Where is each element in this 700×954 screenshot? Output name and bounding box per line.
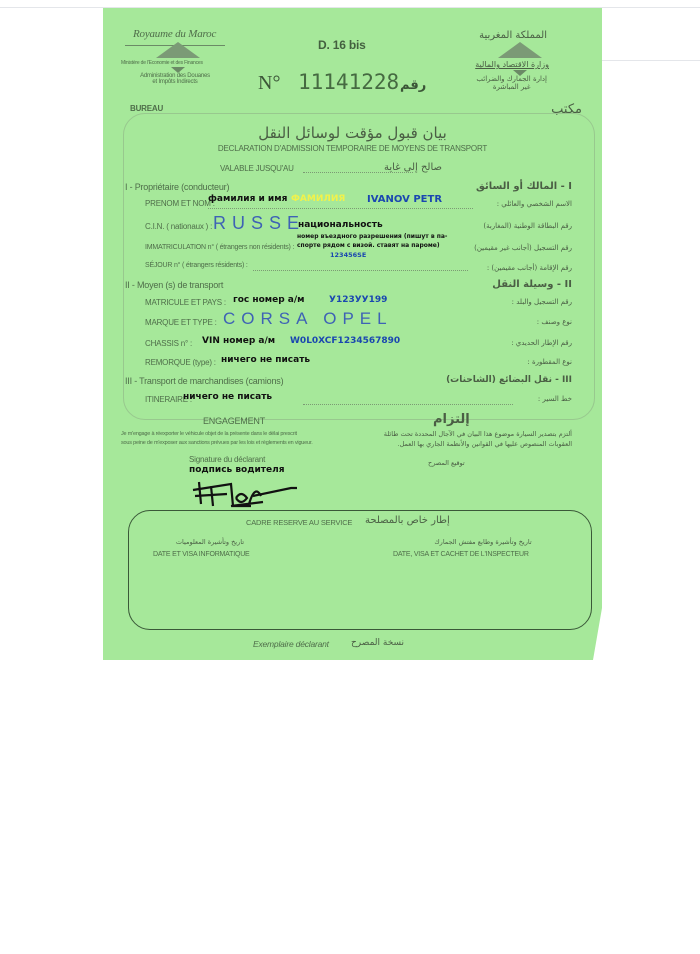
label-immatriculation: IMMATRICULATION n° ( étrangers non résid… (145, 244, 294, 251)
section3-heading-ar: III - نقل البضائع (الشاحنات) (446, 375, 572, 385)
engagement-text-ar: ألتزم بتصدير السيارة موضوع هذا البيان في… (384, 429, 572, 449)
scan-edge-top (0, 7, 700, 8)
inspector-fr: DATE, VISA ET CACHET DE L'INSPECTEUR (393, 551, 529, 558)
label-cin: C.I.N. ( nationaux ) : (145, 222, 212, 231)
label-marque-ar: نوع وصنف : (537, 318, 572, 326)
informatique-fr: DATE ET VISA INFORMATIQUE (153, 551, 250, 558)
driver-signature-icon (191, 476, 301, 512)
note-matricule: гос номер а/м (233, 295, 305, 305)
value-nationality[interactable]: RUSSE (213, 213, 305, 234)
engagement-text-ar-line1: ألتزم بتصدير السيارة موضوع هذا البيان في… (384, 429, 572, 439)
ministry-logo-icon-ar (498, 42, 542, 58)
admin-fr-line2: et Impôts Indirects (130, 79, 220, 85)
service-frame (128, 510, 592, 630)
engagement-text-fr-line1: Je m'engage à réexporter le véhicule obj… (121, 430, 313, 439)
engagement-text-fr: Je m'engage à réexporter le véhicule obj… (121, 430, 313, 448)
signature-label-ar: توقيع المصرح (428, 459, 465, 467)
title-ar: بيان قبول مؤقت لوسائل النقل (103, 124, 602, 142)
valid-until-label: VALABLE JUSQU'AU (220, 164, 294, 173)
valid-until-label-ar: صالح إلى غاية (384, 162, 442, 173)
section1-heading: I - Propriétaire (conducteur) (125, 182, 229, 192)
label-itineraire-ar: خط السير : (538, 395, 572, 403)
label-cin-ar: رقم البطاقة الوطنية (المغاربة) (483, 222, 572, 230)
admin-fr: Administration des Douanes et Impôts Ind… (130, 73, 220, 85)
value-marque[interactable]: CORSA OPEL (223, 309, 393, 329)
admin-ar: إدارة الجمارك والضرائب غير المباشرة (476, 75, 547, 91)
note-immatriculation-1: номер въездного разрешения (пишут в па- (297, 233, 447, 240)
note-nationality: национальность (298, 220, 383, 230)
signature-note: подпись водителя (189, 465, 285, 475)
note-name: фамилия и имя (208, 194, 287, 204)
label-matricule-ar: رقم التسجيل والبلد : (512, 298, 572, 306)
field-itineraire[interactable] (303, 404, 513, 405)
label-marque: MARQUE ET TYPE : (145, 318, 217, 327)
title-fr: DECLARATION D'ADMISSION TEMPORAIRE DE MO… (103, 144, 602, 153)
signature-label-fr: Signature du déclarant (189, 455, 265, 464)
section1-heading-ar: I - المالك أو السائق (476, 181, 572, 192)
scan-edge-line (600, 60, 700, 61)
label-chassis: CHASSIS n° : (145, 339, 192, 348)
informatique-ar: تاريخ وتأشيرة المعلوميات (160, 538, 260, 546)
label-name: PRENOM ET NOM : (145, 199, 215, 208)
inspector-ar: تاريخ وتأشيرة وطابع مفتش الجمارك (418, 538, 548, 546)
label-immatriculation-ar: رقم التسجيل (أجانب غير مقيمين) (474, 244, 572, 252)
highlight-name: ФАМИЛИЯ (291, 194, 345, 204)
admin-ar-line1: إدارة الجمارك والضرائب (476, 75, 547, 83)
label-sejour: SÉJOUR n° ( étrangers résidents) : (145, 262, 248, 269)
value-chassis[interactable]: W0L0XCF1234567890 (290, 336, 400, 346)
form-code: D. 16 bis (318, 38, 366, 52)
number-label-ar: رقم (400, 78, 426, 93)
value-name[interactable]: IVANOV PETR (367, 194, 442, 205)
label-chassis-ar: رقم الإطار الحديدي : (511, 339, 572, 347)
note-immatriculation-2: спорте рядом с визой. ставят на пароме) (297, 242, 440, 249)
service-title-fr: CADRE RESERVE AU SERVICE (246, 518, 352, 527)
kingdom-ar: المملكة المغربية (479, 30, 547, 41)
label-remorque: REMORQUE (type) : (145, 358, 216, 367)
field-line-name (208, 208, 473, 209)
engagement-heading-ar: إلتزام (433, 412, 470, 427)
section3-heading: III - Transport de marchandises (camions… (125, 376, 283, 386)
service-title-ar: إطار خاص بالمصلحة (365, 515, 450, 526)
kingdom-fr: Royaume du Maroc (133, 28, 216, 40)
label-sejour-ar: رقم الإقامة (أجانب مقيمين) : (487, 264, 572, 272)
note-remorque: ничего не писать (221, 355, 310, 365)
engagement-text-fr-line2: sous peine de m'exposer aux sanctions pr… (121, 439, 313, 448)
form-number: 11141228 (298, 70, 399, 94)
field-sejour[interactable] (253, 270, 468, 271)
number-label-fr: N° (258, 72, 280, 95)
label-name-ar: الاسم الشخصي والعائلي : (497, 200, 572, 208)
section2-heading: II - Moyen (s) de transport (125, 280, 223, 290)
admin-ar-line2: غير المباشرة (476, 83, 547, 91)
ministry-fr: Ministère de l'Economie et des Finances (121, 60, 203, 66)
engagement-text-ar-line2: العقوبات المنصوص عليها في القوانين والأن… (384, 439, 572, 449)
copy-label-fr: Exemplaire déclarant (253, 639, 329, 649)
bureau-label-fr: BUREAU (130, 104, 163, 113)
engagement-heading: ENGAGEMENT (203, 416, 265, 426)
note-itineraire: ничего не писать (183, 392, 272, 402)
label-matricule: MATRICULE ET PAYS : (145, 298, 226, 307)
note-chassis: VIN номер а/м (202, 336, 275, 346)
copy-label-ar: نسخة المصرح (351, 638, 404, 648)
label-remorque-ar: نوع المقطورة : (527, 358, 572, 366)
value-matricule[interactable]: У123УУ199 (329, 295, 387, 305)
section2-heading-ar: II - وسيلة النقل (492, 279, 572, 290)
value-immatriculation[interactable]: 123456SE (330, 251, 366, 259)
ministry-ar: وزارة الاقتصاد والمالية (475, 60, 549, 69)
ministry-logo-icon (156, 42, 200, 58)
customs-form-paper: Royaume du Maroc Ministère de l'Economie… (103, 8, 602, 660)
